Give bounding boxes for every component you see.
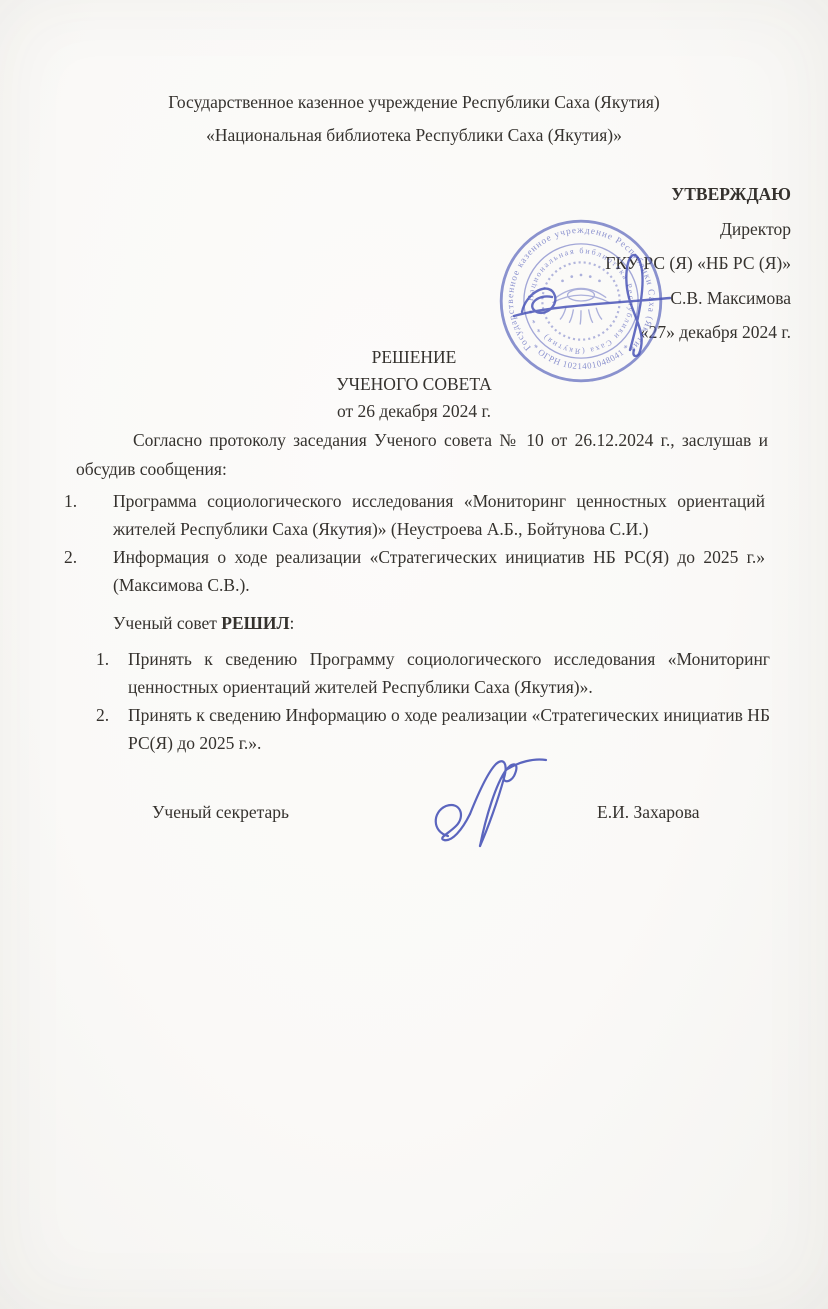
resolution-prefix: Ученый совет	[113, 613, 221, 633]
org-name-line2: «Национальная библиотека Республики Саха…	[0, 119, 828, 152]
title-date: от 26 декабря 2024 г.	[0, 398, 828, 425]
organization-header: Государственное казенное учреждение Респ…	[0, 86, 828, 152]
agenda-item-number: 2.	[64, 543, 77, 571]
decision-item-number: 1.	[96, 645, 109, 673]
agenda-item-text: Программа социологического исследования …	[113, 491, 765, 539]
scanned-document-page: Государственное казенное учреждение Респ…	[0, 0, 828, 1309]
decision-item: 2. Принять к сведению Информацию о ходе …	[0, 701, 770, 757]
decision-item: 1. Принять к сведению Программу социолог…	[0, 645, 770, 701]
agenda-item-number: 1.	[64, 487, 77, 515]
secretary-signature	[418, 750, 550, 854]
org-name-line1: Государственное казенное учреждение Респ…	[0, 86, 828, 119]
agenda-item-text: Информация о ходе реализации «Стратегиче…	[113, 547, 765, 595]
title-line2: УЧЕНОГО СОВЕТА	[0, 371, 828, 398]
title-line1: РЕШЕНИЕ	[0, 344, 828, 371]
intro-paragraph: Согласно протоколу заседания Ученого сов…	[76, 426, 768, 483]
decisions-list: 1. Принять к сведению Программу социолог…	[0, 645, 770, 757]
document-title: РЕШЕНИЕ УЧЕНОГО СОВЕТА от 26 декабря 202…	[0, 344, 828, 425]
agenda-list: 1. Программа социологического исследован…	[0, 487, 765, 599]
decision-item-text: Принять к сведению Информацию о ходе реа…	[128, 705, 770, 753]
resolution-suffix: :	[290, 613, 295, 633]
resolution-line: Ученый совет РЕШИЛ:	[113, 613, 294, 634]
signer-role: Ученый секретарь	[152, 802, 289, 823]
agenda-item: 2. Информация о ходе реализации «Стратег…	[0, 543, 765, 599]
decision-item-text: Принять к сведению Программу социологиче…	[128, 649, 770, 697]
decision-item-number: 2.	[96, 701, 109, 729]
agenda-item: 1. Программа социологического исследован…	[0, 487, 765, 543]
approve-label: УТВЕРЖДАЮ	[605, 177, 791, 212]
resolution-keyword: РЕШИЛ	[221, 613, 289, 633]
signer-name: Е.И. Захарова	[597, 802, 700, 823]
director-signature	[508, 242, 678, 357]
